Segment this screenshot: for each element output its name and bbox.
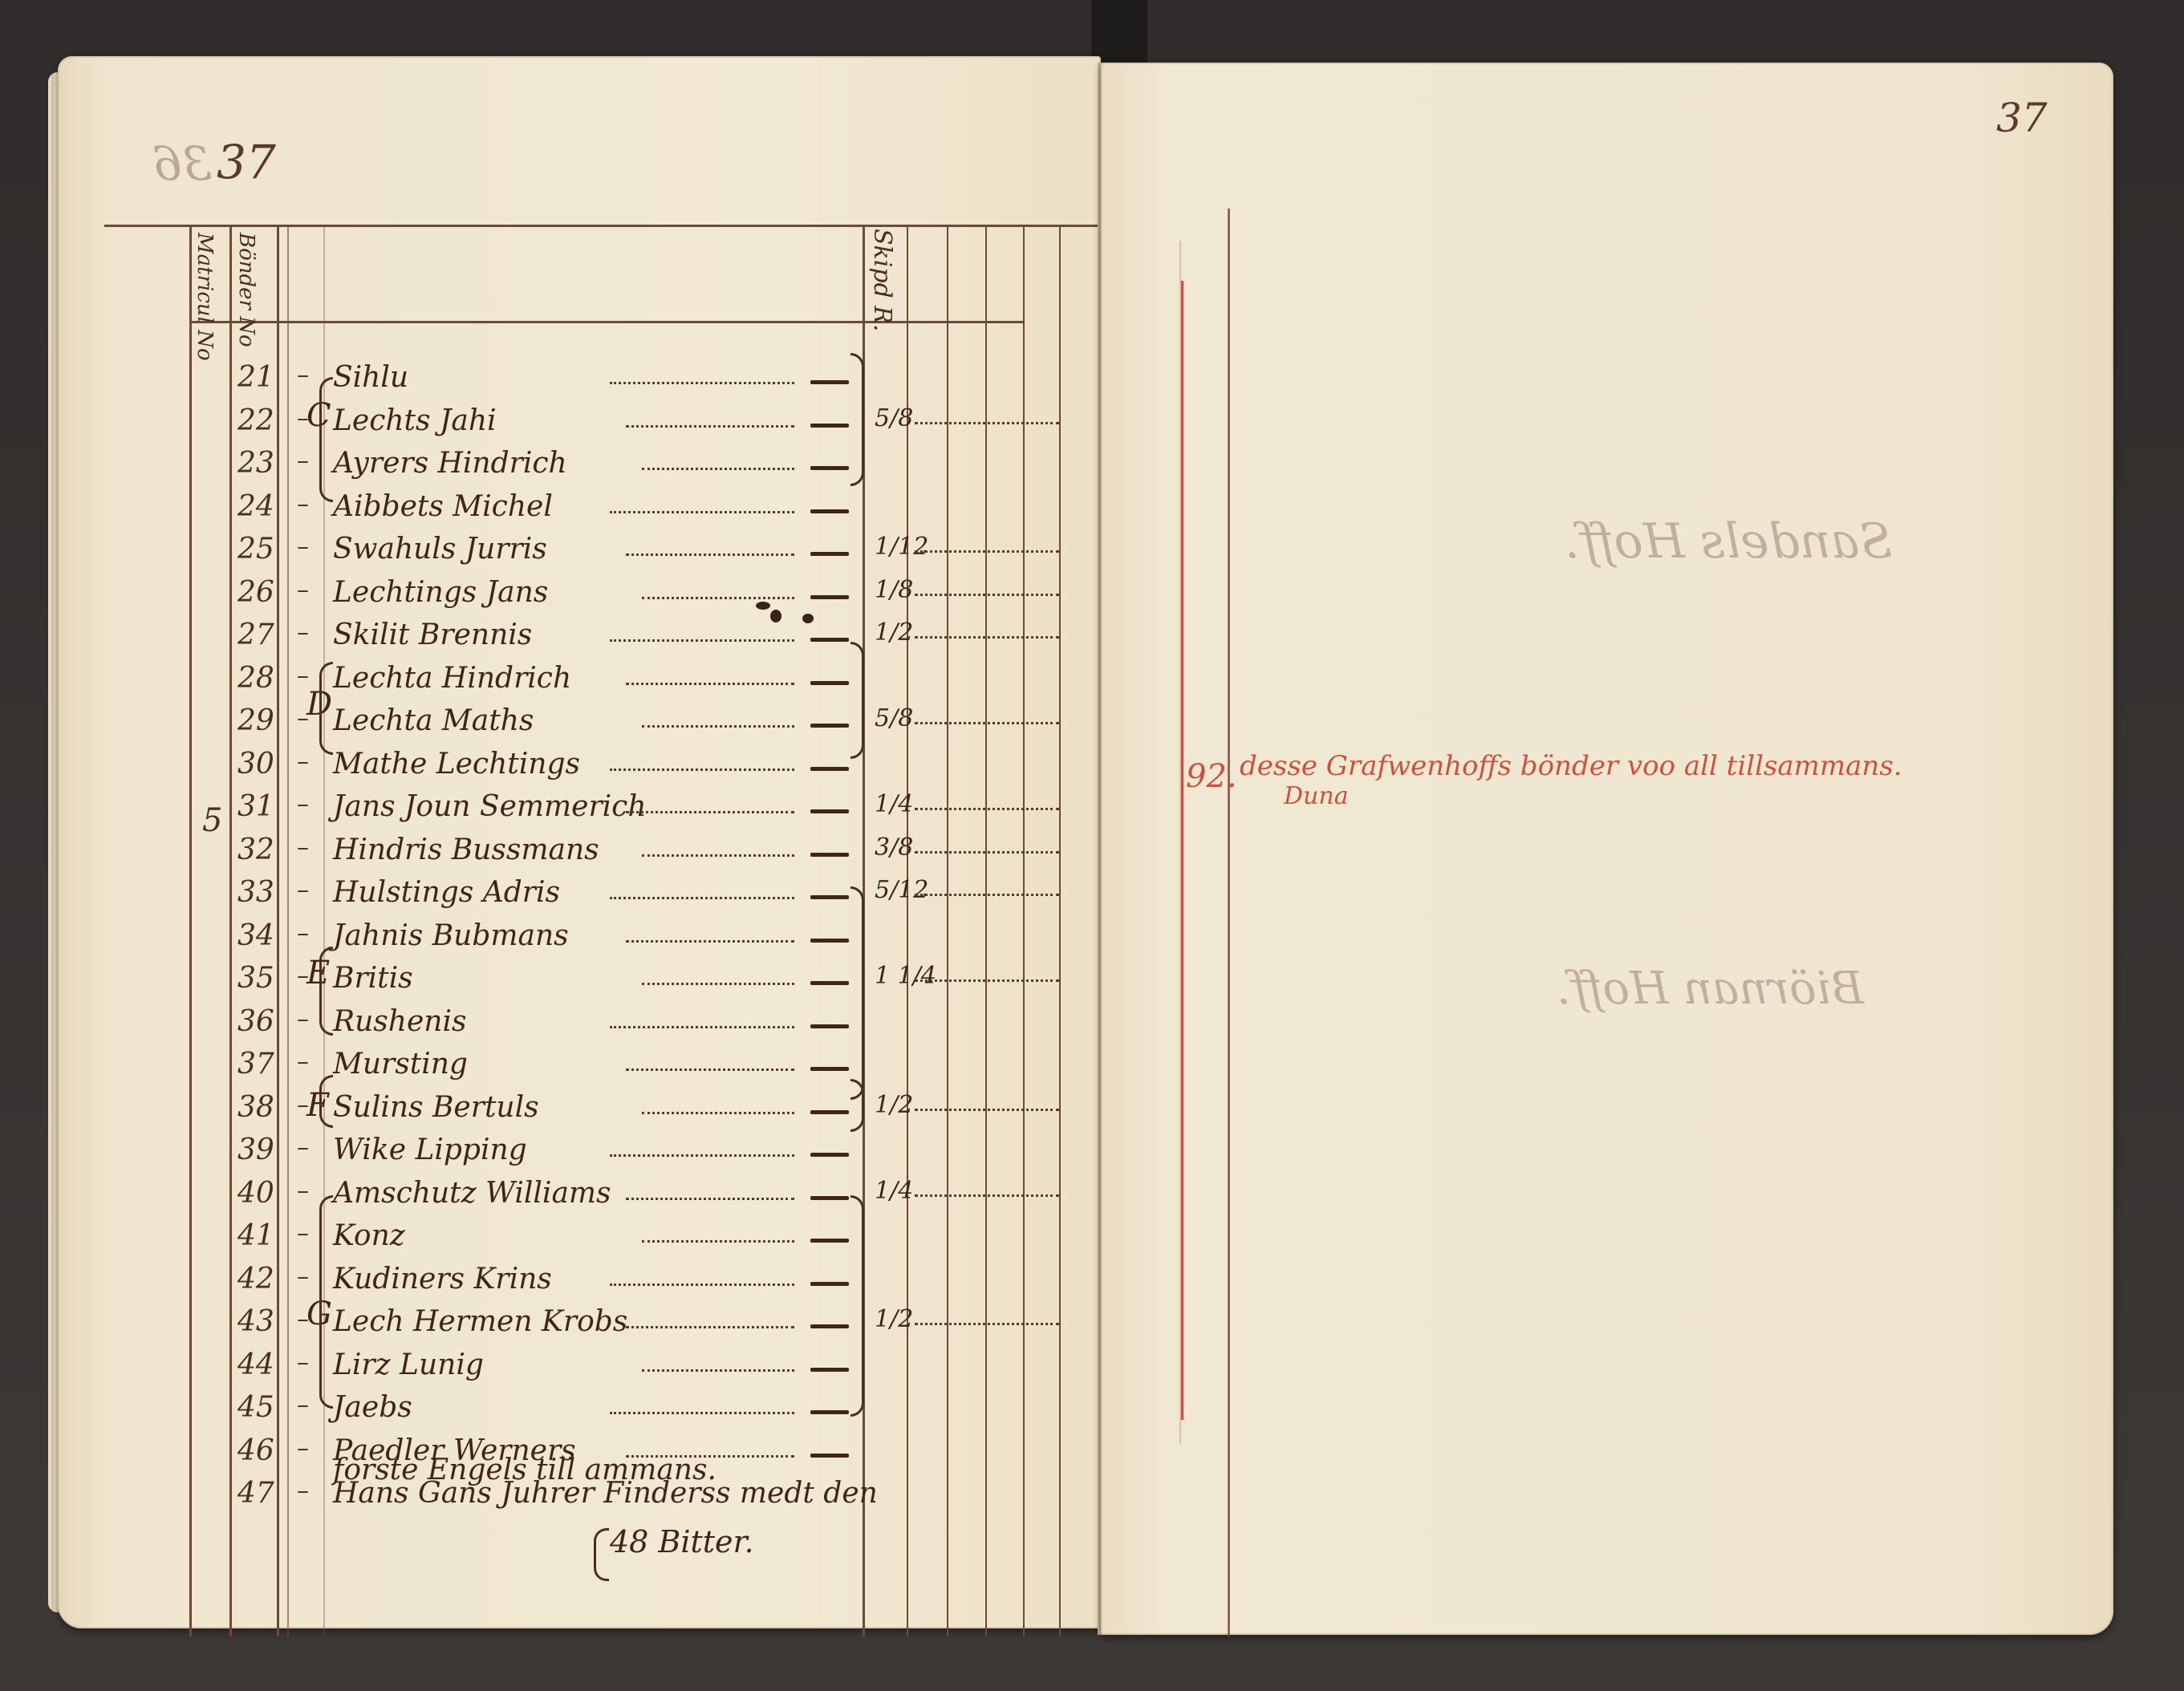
- leader-dots: [642, 1369, 794, 1372]
- row-fraction: 1/2: [875, 1305, 913, 1333]
- entry-bar: [810, 767, 849, 771]
- leader-dots: [642, 468, 794, 470]
- entry-bar: [810, 724, 849, 728]
- leader-dots: [626, 425, 794, 428]
- fraction-leader: [915, 550, 1059, 553]
- brace-group-d: [319, 662, 333, 755]
- entry-bar: [810, 809, 849, 813]
- leader-dots: [642, 1112, 794, 1114]
- brace-group-g: [319, 1195, 333, 1409]
- amount-rule-4: [1023, 225, 1025, 1636]
- entry-bar: [810, 638, 849, 642]
- row-name: Wike Lipping: [333, 1133, 527, 1166]
- row-number: 22: [237, 404, 286, 437]
- leader-dots: [642, 1240, 794, 1243]
- row-name: Hindris Bussmans: [333, 833, 599, 866]
- row-number: 39: [237, 1133, 286, 1166]
- fraction-leader: [915, 636, 1059, 639]
- right-margin-rule: [1228, 209, 1230, 1636]
- leader-dots: [610, 897, 794, 899]
- row-number: 28: [237, 662, 286, 695]
- entry-bar: [810, 1454, 849, 1458]
- leader-dots: [610, 1154, 794, 1157]
- entry-bar: [810, 1067, 849, 1071]
- row-name: Sihlu: [333, 361, 408, 394]
- leader-dots: [642, 725, 794, 728]
- row-dash: –: [297, 1005, 309, 1033]
- entry-bar: [810, 1153, 849, 1157]
- row-fraction: 5/8: [875, 404, 913, 432]
- row-name: Mathe Lechtings: [333, 748, 580, 781]
- row-dash: –: [297, 790, 309, 818]
- entry-bar: [810, 853, 849, 857]
- ink-blot: [770, 610, 781, 622]
- row-fraction: 1/12: [875, 533, 928, 561]
- ink-blot: [756, 602, 770, 610]
- matricul-column-rule: [189, 225, 192, 1636]
- row-number: 40: [237, 1177, 286, 1210]
- entry-bar: [810, 509, 849, 513]
- leader-dots: [610, 768, 794, 771]
- row-dash: –: [297, 576, 309, 604]
- brace-right-22-24: [850, 353, 864, 486]
- row-dash: –: [297, 361, 309, 389]
- row-dash: –: [297, 833, 309, 862]
- row-47-continuation: forste Engels till ammans.: [333, 1454, 716, 1486]
- row-name: Jahnis Bubmans: [333, 919, 569, 952]
- row-name: Rushenis: [333, 1005, 466, 1038]
- row-dash: –: [297, 490, 309, 518]
- row-name: Amschutz Williams: [333, 1177, 611, 1210]
- leader-dots: [626, 554, 794, 556]
- entry-bar: [810, 1324, 849, 1328]
- red-note-line2: Duna: [1284, 782, 1349, 810]
- row-dash: –: [297, 876, 309, 904]
- row-fraction: 1/2: [875, 1091, 913, 1119]
- leader-dots: [626, 1198, 794, 1200]
- row-name: Ayrers Hindrich: [333, 447, 567, 480]
- row-dash: –: [297, 748, 309, 776]
- row-number: 25: [237, 533, 286, 566]
- row-dash: –: [297, 533, 309, 561]
- red-note-marker: 92.: [1186, 758, 1237, 795]
- leader-dots: [610, 1412, 794, 1414]
- amount-rule-2: [947, 225, 948, 1636]
- row-dash: –: [297, 1177, 309, 1205]
- fraction-leader: [915, 851, 1059, 854]
- right-page-number: 37: [1996, 95, 2048, 141]
- row-dash: –: [297, 1348, 309, 1377]
- row-fraction: 1/2: [875, 618, 913, 647]
- header-top-rule: [104, 225, 1115, 227]
- row-number: 21: [237, 361, 286, 394]
- row-dash: –: [297, 1477, 309, 1505]
- row-number: 26: [237, 576, 286, 609]
- row-name: Lechtings Jans: [333, 576, 548, 609]
- leader-dots: [642, 854, 794, 857]
- entry-bar: [810, 1282, 849, 1286]
- ink-blot: [802, 614, 814, 623]
- row-name: Swahuls Jurris: [333, 533, 547, 566]
- left-page-number: 37: [217, 135, 276, 189]
- red-note-line1: desse Grafwenhoffs bönder voo all tillsa…: [1240, 750, 1902, 782]
- total-bitter: 48 Bitter.: [610, 1524, 754, 1559]
- row-number: 47: [237, 1477, 286, 1510]
- fraction-leader: [915, 979, 1059, 982]
- row-dash: –: [297, 1263, 309, 1291]
- row-number: 45: [237, 1391, 286, 1424]
- bleed-through-text-2: Biörnan Hoff.: [1557, 963, 1864, 1015]
- right-page: [1101, 63, 2113, 1635]
- faded-prior-page-number: 36: [152, 136, 212, 191]
- brace-group-c: [319, 377, 333, 502]
- leader-dots: [610, 639, 794, 642]
- row-number: 33: [237, 876, 286, 909]
- leader-dots: [642, 597, 794, 599]
- row-fraction: 5/12: [875, 876, 928, 904]
- row-dash: –: [297, 1391, 309, 1419]
- row-fraction: 1/4: [875, 1177, 913, 1205]
- row-number: 46: [237, 1434, 286, 1467]
- leader-dots: [610, 511, 794, 513]
- fraction-leader: [915, 894, 1059, 896]
- row-dash: –: [297, 1434, 309, 1462]
- row-number: 31: [237, 790, 286, 823]
- row-fraction: 3/8: [875, 833, 913, 862]
- entry-bar: [810, 981, 849, 985]
- brace-right-38-39: [850, 1079, 864, 1132]
- row-dash: –: [297, 447, 309, 475]
- leader-dots: [626, 811, 794, 813]
- row-number: 37: [237, 1048, 286, 1081]
- header-skipd: Skipd R.: [868, 229, 896, 331]
- row-number: 29: [237, 704, 286, 737]
- fraction-leader: [915, 1109, 1059, 1111]
- leader-dots: [610, 1283, 794, 1286]
- row-name: Mursting: [333, 1048, 468, 1081]
- entry-bar: [810, 939, 849, 943]
- entry-bar: [810, 1410, 849, 1414]
- entry-bar: [810, 1024, 849, 1028]
- row-name: Kudiners Krins: [333, 1263, 552, 1296]
- entry-bar: [810, 1110, 849, 1114]
- amount-rule-3: [985, 225, 987, 1636]
- leader-dots: [610, 382, 794, 384]
- brace-right-28-30: [850, 642, 864, 759]
- book-spine: [1091, 0, 1147, 64]
- row-number: 42: [237, 1263, 286, 1296]
- red-margin-line: [1181, 281, 1183, 1420]
- entry-bar: [810, 466, 849, 470]
- entry-bar: [810, 681, 849, 685]
- amount-rule-1: [907, 225, 908, 1636]
- row-number: 35: [237, 962, 286, 995]
- row-name: Lechts Jahi: [333, 404, 497, 437]
- row-name: Lechta Maths: [333, 704, 534, 737]
- row-dash: –: [297, 919, 309, 947]
- bonder-column-rule: [229, 225, 232, 1636]
- row-number: 44: [237, 1348, 286, 1381]
- header-matricul: Matricul No: [193, 233, 217, 361]
- entry-bar: [810, 1368, 849, 1372]
- row-name: Sulins Bertuls: [333, 1091, 539, 1124]
- row-name: Britis: [333, 962, 413, 995]
- row-number: 36: [237, 1005, 286, 1038]
- row-dash: –: [297, 618, 309, 647]
- row-number: 34: [237, 919, 286, 952]
- header-bonder: Bönder No: [234, 233, 258, 347]
- row-number: 32: [237, 833, 286, 866]
- entry-bar: [810, 1196, 849, 1200]
- entry-bar: [810, 595, 849, 599]
- matricul-group-number: 5: [202, 802, 222, 839]
- row-fraction: 1 1/4: [875, 962, 936, 990]
- row-number: 30: [237, 748, 286, 781]
- row-name: Jaebs: [333, 1391, 412, 1424]
- header-bottom-rule: [189, 321, 1024, 323]
- row-number: 27: [237, 618, 286, 651]
- leader-dots: [626, 1069, 794, 1071]
- entry-bar: [810, 895, 849, 899]
- row-number: 41: [237, 1219, 286, 1252]
- row-dash: –: [297, 1048, 309, 1076]
- amount-rule-5: [1059, 225, 1061, 1636]
- row-name: Lirz Lunig: [333, 1348, 484, 1381]
- row-dash: –: [297, 1219, 309, 1247]
- brace-right-34-37: [850, 886, 864, 1100]
- number-column-rule-inner: [287, 225, 289, 1636]
- bleed-through-text-1: Sandels Hoff.: [1565, 513, 1893, 570]
- row-number: 38: [237, 1091, 286, 1124]
- fraction-leader: [915, 722, 1059, 724]
- entry-bar: [810, 1239, 849, 1243]
- row-number: 23: [237, 447, 286, 480]
- row-name: Skilit Brennis: [333, 618, 532, 651]
- leader-dots: [626, 940, 794, 943]
- fraction-leader: [915, 594, 1059, 596]
- entry-bar: [810, 552, 849, 556]
- row-name: Aibbets Michel: [333, 490, 553, 523]
- leader-dots: [626, 1326, 794, 1328]
- row-name: Lech Hermen Krobs: [333, 1305, 627, 1338]
- row-fraction: 1/4: [875, 790, 913, 818]
- brace-group-f: [319, 1075, 333, 1128]
- fraction-leader: [915, 808, 1059, 810]
- row-fraction: 1/8: [875, 576, 913, 604]
- row-name: Hulstings Adris: [333, 876, 560, 909]
- row-dash: –: [297, 1133, 309, 1162]
- leader-dots: [626, 683, 794, 685]
- row-name: Jans Joun Semmerich: [333, 790, 647, 823]
- brace-group-e: [319, 947, 333, 1036]
- row-number: 24: [237, 490, 286, 523]
- row-number: 43: [237, 1305, 286, 1338]
- fraction-leader: [915, 1194, 1059, 1197]
- entry-bar: [810, 380, 849, 384]
- fraction-leader: [915, 422, 1059, 424]
- leader-dots: [610, 1026, 794, 1028]
- row-name: Konz: [333, 1219, 405, 1252]
- entry-bar: [810, 424, 849, 428]
- row-fraction: 5/8: [875, 704, 913, 732]
- row-name: Lechta Hindrich: [333, 662, 571, 695]
- leader-dots: [642, 983, 794, 985]
- brace-right-41-46: [850, 1195, 864, 1417]
- fraction-leader: [915, 1323, 1059, 1325]
- total-brace: [594, 1528, 609, 1581]
